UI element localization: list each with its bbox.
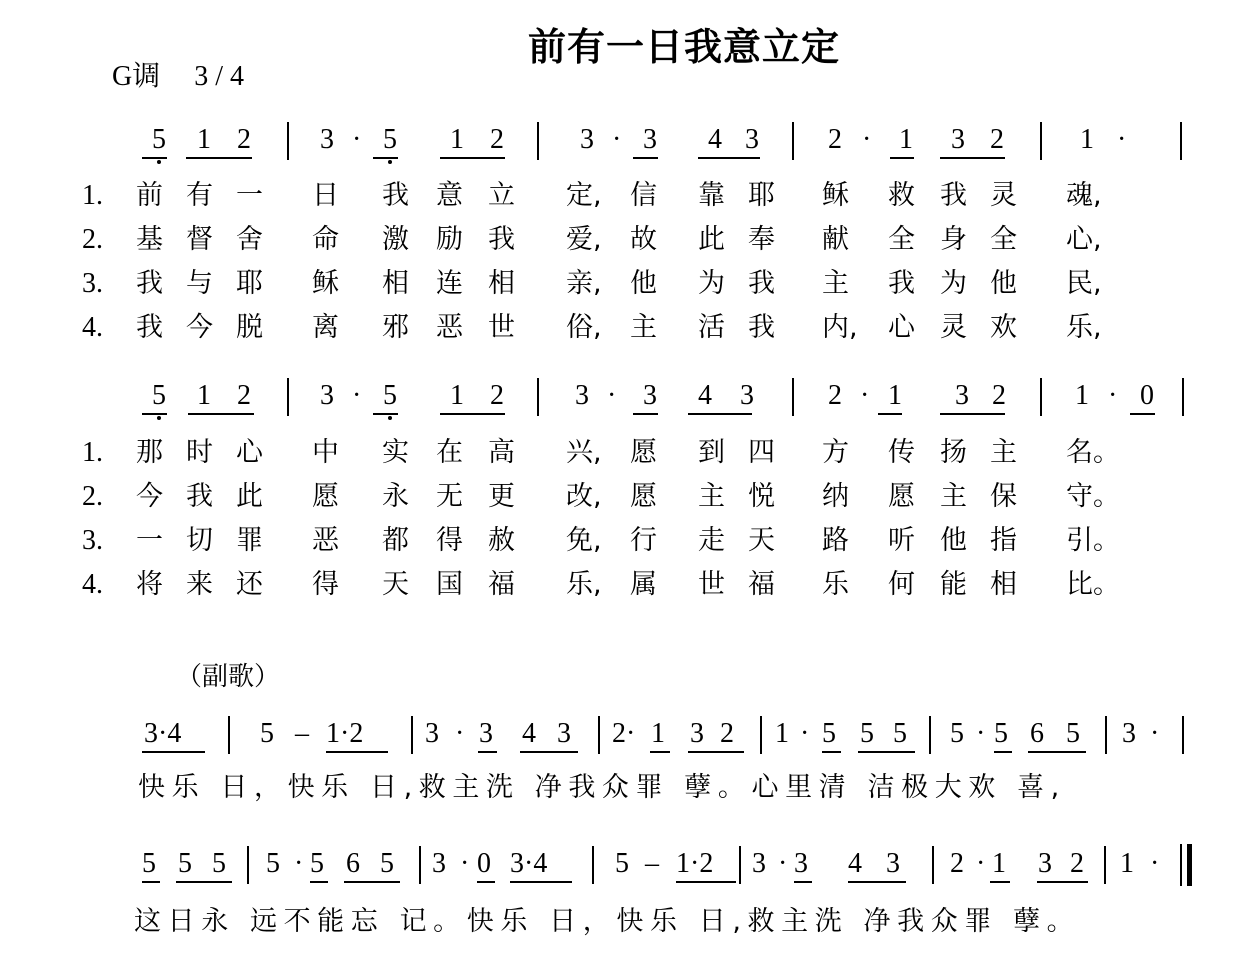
beam-underline (940, 413, 1005, 415)
beam-underline (142, 881, 160, 883)
lyric-char: 励 (436, 224, 463, 256)
barline (247, 846, 249, 884)
lyric-char: 引。 (1066, 525, 1120, 557)
note: 1 (992, 848, 1006, 880)
lyric-char: 比。 (1066, 569, 1120, 601)
lyric-char: 将 (136, 569, 163, 601)
lyric-char: 他 (630, 268, 657, 300)
barline (411, 716, 413, 754)
note: 6 (346, 848, 360, 880)
note: 1 (450, 380, 464, 412)
barline (932, 846, 934, 884)
verse-number: 4. (82, 312, 103, 344)
beam-underline (858, 751, 915, 753)
lyric-char: 实 (382, 437, 409, 469)
lyric-char: 我 (940, 180, 967, 212)
lyric-char: 信 (630, 180, 657, 212)
beam-underline (698, 157, 760, 159)
note: 3·4 (510, 848, 547, 880)
lyric-char: 主 (630, 312, 657, 344)
note: 2 (237, 380, 251, 412)
beam-underline (440, 413, 505, 415)
barline (287, 378, 289, 416)
note: 2· (612, 718, 635, 750)
lyric-char: 耶 (236, 268, 263, 300)
note: 2 (992, 380, 1006, 412)
barline (592, 846, 594, 884)
lyric-char: 保 (990, 481, 1017, 513)
lyric-char: 基 (136, 224, 163, 256)
barline (792, 378, 794, 416)
lyric-char: 欢 (990, 312, 1017, 344)
note: 3 (752, 848, 766, 880)
barline (287, 122, 289, 160)
lyric-char: 亲, (566, 268, 602, 300)
lyric-char: 切 (186, 525, 213, 557)
note: 3·4 (144, 718, 181, 750)
lyric-char: 奉 (748, 224, 775, 256)
lyric-char: 主 (698, 481, 725, 513)
lyric-char: 方 (822, 437, 849, 469)
duration-dot: · (1150, 718, 1159, 750)
time-signature: 3 / 4 (194, 61, 244, 92)
lyric-char: 天 (748, 525, 775, 557)
lyric-char: 高 (488, 437, 515, 469)
duration-dot: · (862, 124, 871, 156)
note: 4 (708, 124, 722, 156)
lyric-char: 改, (566, 481, 602, 513)
note: 3 (1038, 848, 1052, 880)
final-barline-thin (1180, 844, 1182, 886)
verse-number: 1. (82, 180, 103, 212)
note: 3 (951, 124, 965, 156)
lyric-char: 主 (990, 437, 1017, 469)
note: 5 (950, 718, 964, 750)
note: 5 (310, 848, 324, 880)
lyric-char: 四 (748, 437, 775, 469)
lyric-char: 一 (136, 525, 163, 557)
lyric-char: 心 (888, 312, 915, 344)
lyric-char: 乐 (822, 569, 849, 601)
beam-underline (650, 751, 670, 753)
lyric-char: 我 (136, 268, 163, 300)
beam-underline (373, 413, 398, 415)
beam-underline (176, 881, 232, 883)
verse-number: 2. (82, 481, 103, 513)
lyric-char: 国 (436, 569, 463, 601)
lyric-char: 他 (990, 268, 1017, 300)
lyric-char: 兴, (566, 437, 602, 469)
lyric-char: 灵 (940, 312, 967, 344)
lyric-char: 身 (940, 224, 967, 256)
duration-dot: · (352, 380, 361, 412)
beam-underline (142, 413, 167, 415)
duration-dot: · (612, 124, 621, 156)
lyric-char: 此 (698, 224, 725, 256)
note: 5 (383, 124, 397, 156)
lyric-char: 邪 (382, 312, 409, 344)
beam-underline (478, 751, 497, 753)
beam-underline (1130, 413, 1155, 415)
lyric-char: 我 (748, 268, 775, 300)
chorus-lyrics-2: 这日永 远不能忘 记。快乐 日，快乐 日,救主洗 净我众罪 孽。 (134, 906, 1080, 938)
note: 1 (197, 124, 211, 156)
lyric-char: 心, (1066, 224, 1102, 256)
lyric-char: 永 (382, 481, 409, 513)
beam-underline (794, 881, 812, 883)
barline (1105, 716, 1107, 754)
lyric-char: 愿 (312, 481, 339, 513)
lyric-char: 乐, (1066, 312, 1102, 344)
low-octave-dot (388, 160, 392, 164)
lyric-char: 愿 (630, 481, 657, 513)
lyric-char: 听 (888, 525, 915, 557)
lyric-char: 一 (236, 180, 263, 212)
barline (419, 846, 421, 884)
note: 5 (893, 718, 907, 750)
lyric-char: 时 (186, 437, 213, 469)
barline (228, 716, 230, 754)
lyric-char: 愿 (888, 481, 915, 513)
duration-dot: · (607, 380, 616, 412)
lyric-char: 魂, (1066, 180, 1102, 212)
lyric-char: 世 (488, 312, 515, 344)
lyric-char: 我 (186, 481, 213, 513)
lyric-char: 立 (488, 180, 515, 212)
duration-dot: · (352, 124, 361, 156)
note: 3 (575, 380, 589, 412)
beam-underline (142, 751, 205, 753)
note: 3 (794, 848, 808, 880)
barline (739, 846, 741, 884)
lyric-char: 主 (822, 268, 849, 300)
beam-underline (477, 881, 495, 883)
note: 3 (557, 718, 571, 750)
note: 1 (775, 718, 789, 750)
note: 4 (522, 718, 536, 750)
note: 2 (950, 848, 964, 880)
lyric-char: 无 (436, 481, 463, 513)
duration-dot: · (976, 718, 985, 750)
beam-underline (688, 751, 744, 753)
lyric-char: 活 (698, 312, 725, 344)
verse-number: 4. (82, 569, 103, 601)
beam-underline (848, 881, 906, 883)
lyric-char: 天 (382, 569, 409, 601)
duration-dot: · (1108, 380, 1117, 412)
note: 3 (690, 718, 704, 750)
note: 0 (1140, 380, 1154, 412)
lyric-char: 靠 (698, 180, 725, 212)
duration-dot: · (294, 848, 303, 880)
note: 3 (479, 718, 493, 750)
beam-underline (676, 881, 736, 883)
lyric-char: 督 (186, 224, 213, 256)
lyric-char: 故 (630, 224, 657, 256)
note: 5 (994, 718, 1008, 750)
barline (598, 716, 600, 754)
note: 5 (380, 848, 394, 880)
note: 3 (320, 380, 334, 412)
note: 1 (888, 380, 902, 412)
lyric-char: 为 (940, 268, 967, 300)
lyric-char: 愿 (630, 437, 657, 469)
lyric-char: 命 (312, 224, 339, 256)
low-octave-dot (388, 416, 392, 420)
lyric-char: 日 (312, 180, 339, 212)
lyric-char: 相 (990, 569, 1017, 601)
lyric-char: 得 (312, 569, 339, 601)
note: 1·2 (326, 718, 363, 750)
note: 5 (383, 380, 397, 412)
final-barline-thick (1187, 844, 1192, 886)
note: 3 (1122, 718, 1136, 750)
note: 1 (1080, 124, 1094, 156)
lyric-char: 属 (630, 569, 657, 601)
lyric-char: 我 (136, 312, 163, 344)
beam-underline (1037, 881, 1088, 883)
lyric-char: 内, (822, 312, 858, 344)
lyric-char: 耶 (748, 180, 775, 212)
barline (1040, 122, 1042, 160)
note: 2 (990, 124, 1004, 156)
lyric-char: 脱 (236, 312, 263, 344)
note: 1 (651, 718, 665, 750)
note: 3 (320, 124, 334, 156)
lyric-char: 此 (236, 481, 263, 513)
lyric-char: 得 (436, 525, 463, 557)
beam-underline (1028, 751, 1086, 753)
lyric-char: 福 (748, 569, 775, 601)
beam-underline (994, 751, 1012, 753)
lyric-char: 意 (436, 180, 463, 212)
barline (537, 378, 539, 416)
lyric-char: 在 (436, 437, 463, 469)
note: 2 (490, 380, 504, 412)
lyric-char: 还 (236, 569, 263, 601)
lyric-char: 我 (888, 268, 915, 300)
duration-dot: · (455, 718, 464, 750)
lyric-char: 有 (186, 180, 213, 212)
lyric-char: 罪 (236, 525, 263, 557)
note: 3 (886, 848, 900, 880)
note: 1 (197, 380, 211, 412)
lyric-char: 恶 (312, 525, 339, 557)
lyric-char: 到 (698, 437, 725, 469)
dash-extension: – (645, 848, 659, 880)
lyric-char: 民, (1066, 268, 1102, 300)
note: 3 (745, 124, 759, 156)
note: 3 (740, 380, 754, 412)
beam-underline (142, 157, 167, 159)
note: 2 (1070, 848, 1084, 880)
lyric-char: 灵 (990, 180, 1017, 212)
song-title: 前有一日我意立定 (528, 16, 840, 71)
lyric-char: 赦 (488, 525, 515, 557)
duration-dot: · (1117, 124, 1126, 156)
note: 4 (848, 848, 862, 880)
beam-underline (878, 413, 902, 415)
note: 3 (432, 848, 446, 880)
beam-underline (188, 413, 254, 415)
note: 5 (212, 848, 226, 880)
lyric-char: 连 (436, 268, 463, 300)
lyric-char: 福 (488, 569, 515, 601)
lyric-char: 世 (698, 569, 725, 601)
barline (1040, 378, 1042, 416)
key-and-time-signature: G调3 / 4 (112, 54, 244, 94)
beam-underline (373, 157, 398, 159)
lyric-char: 能 (940, 569, 967, 601)
lyric-char: 今 (186, 312, 213, 344)
lyric-char: 悦 (748, 481, 775, 513)
lyric-char: 路 (822, 525, 849, 557)
chorus-lyrics-1: 快乐 日，快乐 日,救主洗 净我众罪 孽。心里清 洁极大欢 喜, (138, 772, 1066, 804)
beam-underline (440, 157, 505, 159)
note: 1 (1075, 380, 1089, 412)
lyric-char: 献 (822, 224, 849, 256)
barline (1182, 378, 1184, 416)
lyric-char: 走 (698, 525, 725, 557)
note: 5 (615, 848, 629, 880)
barline (1182, 716, 1184, 754)
key-label: G调 (112, 61, 160, 92)
note: 3 (580, 124, 594, 156)
lyric-char: 舍 (236, 224, 263, 256)
lyric-char: 恶 (436, 312, 463, 344)
lyric-char: 我 (748, 312, 775, 344)
lyric-char: 主 (940, 481, 967, 513)
note: 5 (822, 718, 836, 750)
duration-dot: · (1150, 848, 1159, 880)
beam-underline (890, 157, 914, 159)
barline (929, 716, 931, 754)
lyric-char: 稣 (822, 180, 849, 212)
lyric-char: 名。 (1066, 437, 1120, 469)
note: 3 (955, 380, 969, 412)
lyric-char: 与 (186, 268, 213, 300)
note: 3 (643, 124, 657, 156)
lyric-char: 守。 (1066, 481, 1120, 513)
lyric-char: 免, (566, 525, 602, 557)
note: 1 (899, 124, 913, 156)
beam-underline (326, 751, 388, 753)
lyric-char: 激 (382, 224, 409, 256)
duration-dot: · (976, 848, 985, 880)
note: 5 (860, 718, 874, 750)
beam-underline (186, 157, 252, 159)
note: 2 (828, 380, 842, 412)
low-octave-dot (157, 160, 161, 164)
lyric-char: 心 (236, 437, 263, 469)
note: 2 (720, 718, 734, 750)
dash-extension: – (295, 718, 309, 750)
beam-underline (688, 413, 752, 415)
lyric-char: 全 (888, 224, 915, 256)
lyric-char: 更 (488, 481, 515, 513)
lyric-char: 相 (382, 268, 409, 300)
verse-number: 2. (82, 224, 103, 256)
beam-underline (344, 881, 400, 883)
beam-underline (520, 751, 578, 753)
lyric-char: 扬 (940, 437, 967, 469)
note: 0 (477, 848, 491, 880)
lyric-char: 纳 (822, 481, 849, 513)
note: 2 (490, 124, 504, 156)
lyric-char: 何 (888, 569, 915, 601)
lyric-char: 我 (488, 224, 515, 256)
lyric-char: 今 (136, 481, 163, 513)
chorus-label: （副歌） (176, 656, 280, 693)
verse-number: 3. (82, 268, 103, 300)
lyric-char: 中 (312, 437, 339, 469)
note: 2 (237, 124, 251, 156)
lyric-char: 为 (698, 268, 725, 300)
lyric-char: 爱, (566, 224, 602, 256)
lyric-char: 那 (136, 437, 163, 469)
lyric-char: 离 (312, 312, 339, 344)
verse-number: 3. (82, 525, 103, 557)
lyric-char: 相 (488, 268, 515, 300)
lyric-char: 指 (990, 525, 1017, 557)
duration-dot: · (860, 380, 869, 412)
duration-dot: · (460, 848, 469, 880)
lyric-char: 全 (990, 224, 1017, 256)
note: 2 (828, 124, 842, 156)
lyric-char: 乐, (566, 569, 602, 601)
lyric-char: 我 (382, 180, 409, 212)
barline (1104, 846, 1106, 884)
low-octave-dot (157, 416, 161, 420)
lyric-char: 前 (136, 180, 163, 212)
note: 3 (643, 380, 657, 412)
barline (537, 122, 539, 160)
note: 3 (425, 718, 439, 750)
beam-underline (940, 157, 1005, 159)
lyric-char: 稣 (312, 268, 339, 300)
barline (760, 716, 762, 754)
lyric-char: 都 (382, 525, 409, 557)
lyric-char: 俗, (566, 312, 602, 344)
note: 5 (178, 848, 192, 880)
note: 5 (260, 718, 274, 750)
barline (1180, 122, 1182, 160)
beam-underline (510, 881, 572, 883)
lyric-char: 来 (186, 569, 213, 601)
beam-underline (310, 881, 328, 883)
lyric-char: 传 (888, 437, 915, 469)
note: 6 (1030, 718, 1044, 750)
note: 5 (1066, 718, 1080, 750)
duration-dot: · (778, 848, 787, 880)
barline (792, 122, 794, 160)
beam-underline (822, 751, 841, 753)
lyric-char: 行 (630, 525, 657, 557)
note: 5 (266, 848, 280, 880)
beam-underline (633, 157, 658, 159)
beam-underline (990, 881, 1010, 883)
lyric-char: 他 (940, 525, 967, 557)
note: 1 (1120, 848, 1134, 880)
verse-number: 1. (82, 437, 103, 469)
lyric-char: 救 (888, 180, 915, 212)
note: 1 (450, 124, 464, 156)
note: 5 (142, 848, 156, 880)
note: 5 (152, 380, 166, 412)
lyric-char: 定, (566, 180, 602, 212)
duration-dot: · (800, 718, 809, 750)
beam-underline (633, 413, 658, 415)
